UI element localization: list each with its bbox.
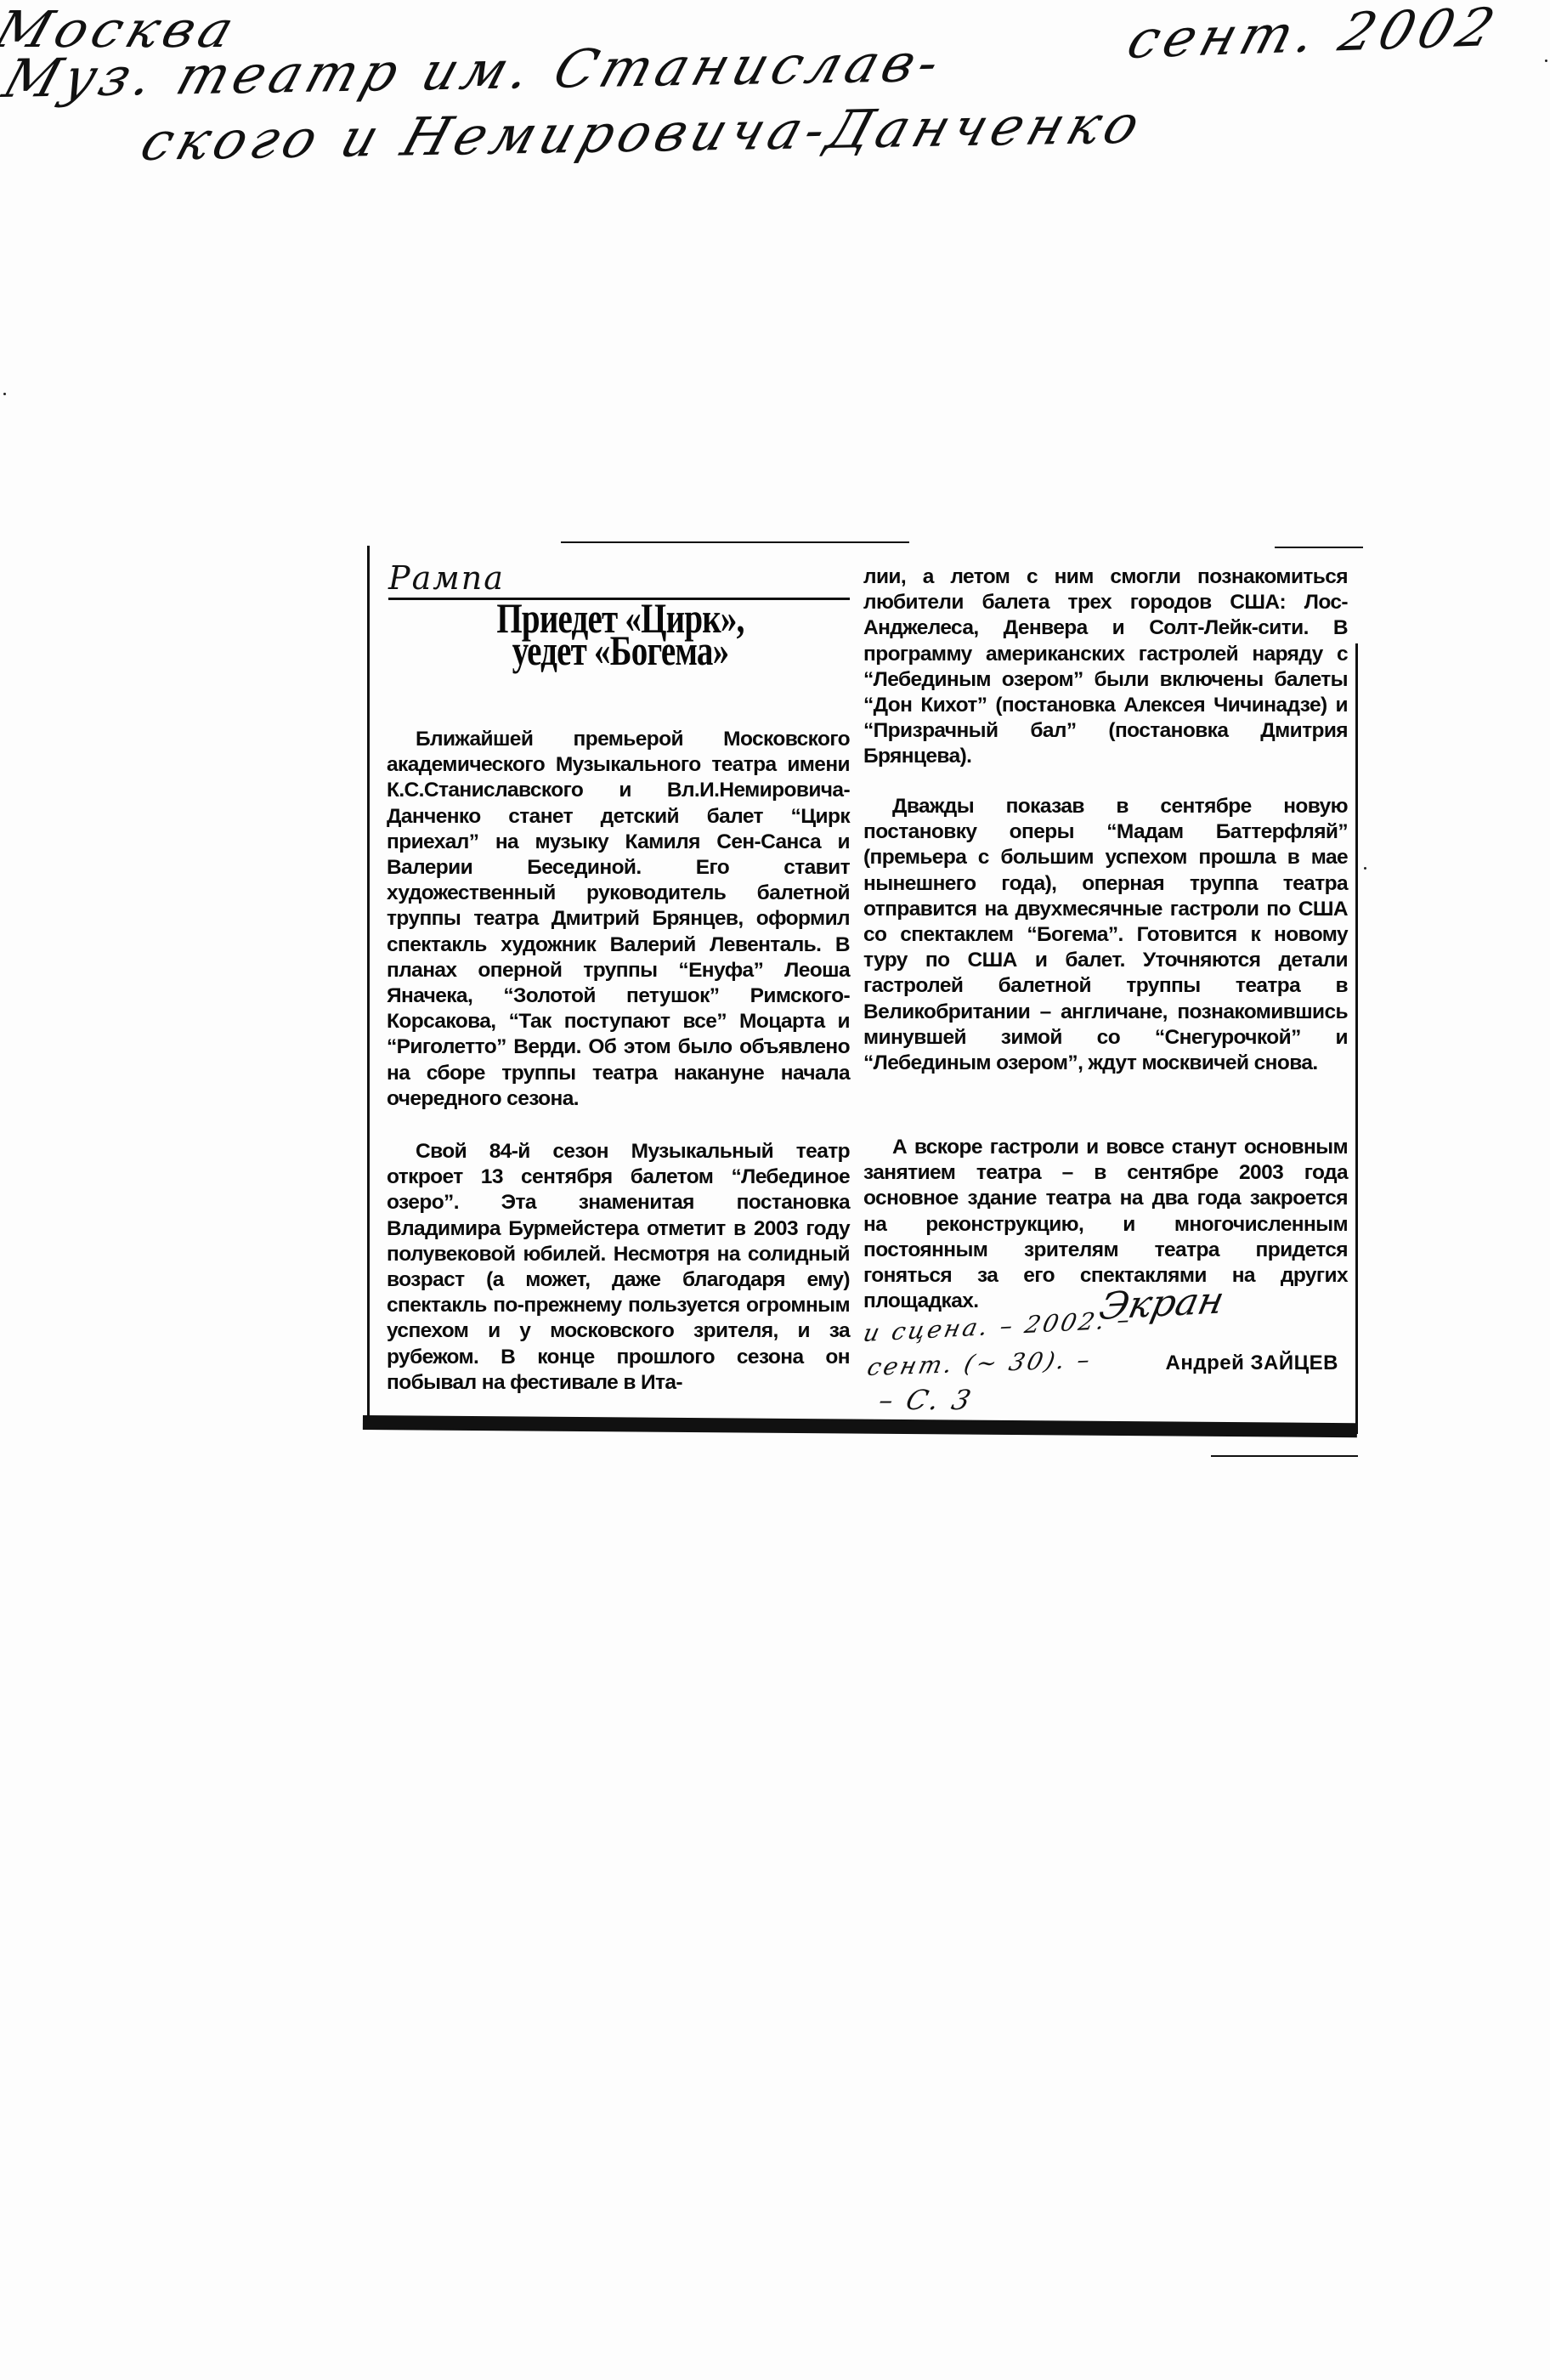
scan-speck bbox=[1364, 867, 1366, 870]
column-left-para1: Ближайшей премьерой Московского академич… bbox=[387, 727, 850, 1112]
paragraph: Ближайшей премьерой Московского академич… bbox=[387, 727, 850, 1112]
section-rubric: Рампа bbox=[388, 559, 505, 597]
paragraph-continued: лии, а летом с ним смогли познакомиться … bbox=[863, 564, 1348, 770]
handwritten-source-page: – С. 3 bbox=[875, 1384, 977, 1416]
top-rule-left bbox=[561, 541, 909, 543]
column-right-para1: лии, а летом с ним смогли познакомиться … bbox=[863, 564, 1348, 770]
column-left-para2: Свой 84-й сезон Музыкальный театр открое… bbox=[387, 1139, 850, 1396]
right-border bbox=[1355, 643, 1358, 1434]
handwritten-source-line3: сент. (~ 30). – bbox=[864, 1346, 1095, 1381]
scan-speck bbox=[3, 393, 6, 395]
handwritten-theatre-line2: ского и Немировича-Данченко bbox=[134, 93, 1152, 173]
bottom-thin-rule bbox=[1211, 1455, 1358, 1457]
paragraph: Дважды показав в сентябре новую постанов… bbox=[863, 794, 1348, 1076]
headline: Приедет «Цирк», уедет «Богема» bbox=[448, 602, 793, 666]
scan-speck bbox=[1545, 59, 1547, 62]
bottom-thick-rule bbox=[363, 1415, 1357, 1437]
top-rule-right bbox=[1275, 547, 1363, 548]
author-byline: Андрей ЗАЙЦЕВ bbox=[1130, 1351, 1338, 1375]
handwritten-date: сент. 2002 bbox=[1121, 0, 1507, 71]
left-border bbox=[367, 546, 370, 1425]
paragraph: Свой 84-й сезон Музыкальный театр открое… bbox=[387, 1139, 850, 1396]
column-right-para2: Дважды показав в сентябре новую постанов… bbox=[863, 794, 1348, 1076]
